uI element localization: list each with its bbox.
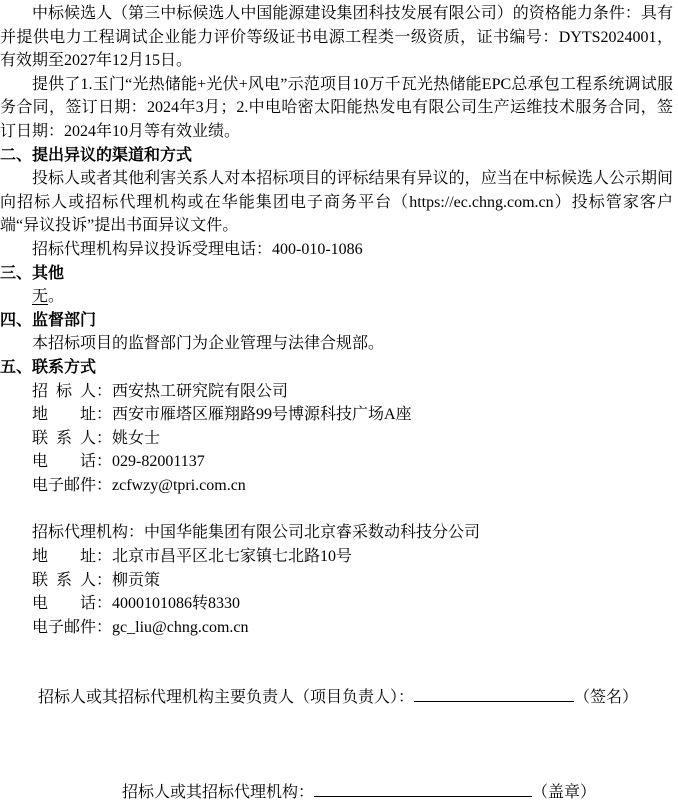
- contact-row-agency-address: 地址：北京市昌平区北七家镇七北路10号: [0, 545, 673, 569]
- seal-blank-field: [314, 781, 532, 797]
- other-content: 无。: [0, 285, 673, 309]
- contact-value: 029-82001137: [112, 453, 205, 470]
- other-content-underlined: 无: [32, 288, 48, 305]
- contact-value: 柳贡策: [112, 572, 160, 589]
- contact-row-agency-phone: 电话：4000101086转8330: [0, 592, 673, 616]
- paragraph-qualification: 中标候选人（第三中标候选人中国能源建设集团科技发展有限公司）的资格能力条件：具有…: [0, 2, 673, 73]
- contact-label: 联系人: [32, 569, 96, 593]
- contact-row-agency-name: 招标代理机构：中国华能集团有限公司北京睿采数动科技分公司: [0, 521, 673, 545]
- contact-value: zcfwzy@tpri.com.cn: [112, 477, 246, 494]
- contact-colon: ：: [128, 524, 144, 541]
- contact-row-agency-email: 电子邮件：gc_liu@chng.com.cn: [0, 616, 673, 640]
- contact-label: 电子邮件: [32, 474, 96, 498]
- signature-agency-label: 招标人或其招标代理机构：: [122, 784, 314, 801]
- signature-responsible-label: 招标人或其招标代理机构主要负责人（项目负责人）：: [38, 689, 414, 706]
- contact-label: 电话: [32, 450, 96, 474]
- other-content-period: 。: [48, 288, 64, 305]
- contact-label: 联系人: [32, 427, 96, 451]
- paragraph-supervision: 本招标项目的监督部门为企业管理与法律合规部。: [0, 332, 673, 356]
- tender-announcement-document: 中标候选人（第三中标候选人中国能源建设集团科技发展有限公司）的资格能力条件：具有…: [0, 0, 678, 809]
- contact-value: 4000101086转8330: [112, 595, 240, 612]
- contact-colon: ：: [96, 430, 112, 447]
- contact-value: 西安市雁塔区雁翔路99号博源科技广场A座: [112, 406, 412, 423]
- contact-label: 电子邮件: [32, 616, 96, 640]
- contact-row-tenderer-person: 联系人：姚女士: [0, 427, 673, 451]
- signature-line-agency-seal: 招标人或其招标代理机构：（盖章）: [0, 781, 673, 805]
- objection-hotline: 招标代理机构异议投诉受理电话：400-010-1086: [0, 238, 673, 262]
- contact-label: 地址: [32, 403, 96, 427]
- contact-colon: ：: [96, 477, 112, 494]
- contact-value: 北京市昌平区北七家镇七北路10号: [112, 548, 352, 565]
- section-heading-contact: 五、联系方式: [0, 356, 673, 380]
- section-heading-supervision: 四、监督部门: [0, 309, 673, 333]
- paragraph-objection: 投标人或者其他利害关系人对本招标项目的评标结果有异议的，应当在中标候选人公示期间…: [0, 167, 673, 238]
- contact-value: 中国华能集团有限公司北京睿采数动科技分公司: [144, 524, 480, 541]
- signature-responsible-suffix: （签名）: [574, 689, 638, 706]
- contact-colon: ：: [96, 406, 112, 423]
- contact-value: 西安热工研究院有限公司: [112, 383, 288, 400]
- contact-label: 电话: [32, 592, 96, 616]
- signature-line-responsible-person: 招标人或其招标代理机构主要负责人（项目负责人）：（签名）: [0, 686, 673, 710]
- contact-label: 招标代理机构: [32, 521, 128, 545]
- signature-agency-suffix: （盖章）: [532, 784, 596, 801]
- contact-label: 招标人: [32, 380, 96, 404]
- contact-colon: ：: [96, 453, 112, 470]
- section-heading-objection: 二、提出异议的渠道和方式: [0, 144, 673, 168]
- contact-colon: ：: [96, 595, 112, 612]
- contact-row-tenderer-phone: 电话：029-82001137: [0, 450, 673, 474]
- contact-colon: ：: [96, 619, 112, 636]
- signature-blank-field: [414, 686, 574, 702]
- section-heading-other: 三、其他: [0, 262, 673, 286]
- contact-row-tenderer-email: 电子邮件：zcfwzy@tpri.com.cn: [0, 474, 673, 498]
- contact-row-tenderer-name: 招标人：西安热工研究院有限公司: [0, 380, 673, 404]
- contact-value: gc_liu@chng.com.cn: [112, 619, 248, 636]
- contact-value: 姚女士: [112, 430, 160, 447]
- contact-label: 地址: [32, 545, 96, 569]
- tenderer-contact-block: 招标人：西安热工研究院有限公司 地址：西安市雁塔区雁翔路99号博源科技广场A座 …: [0, 380, 673, 498]
- contact-row-tenderer-address: 地址：西安市雁塔区雁翔路99号博源科技广场A座: [0, 403, 673, 427]
- contact-colon: ：: [96, 383, 112, 400]
- contact-colon: ：: [96, 548, 112, 565]
- contact-colon: ：: [96, 572, 112, 589]
- contact-row-agency-person: 联系人：柳贡策: [0, 569, 673, 593]
- paragraph-performance: 提供了1.玉门“光热储能+光伏+风电”示范项目10万千瓦光热储能EPC总承包工程…: [0, 73, 673, 144]
- agency-contact-block: 招标代理机构：中国华能集团有限公司北京睿采数动科技分公司 地址：北京市昌平区北七…: [0, 521, 673, 639]
